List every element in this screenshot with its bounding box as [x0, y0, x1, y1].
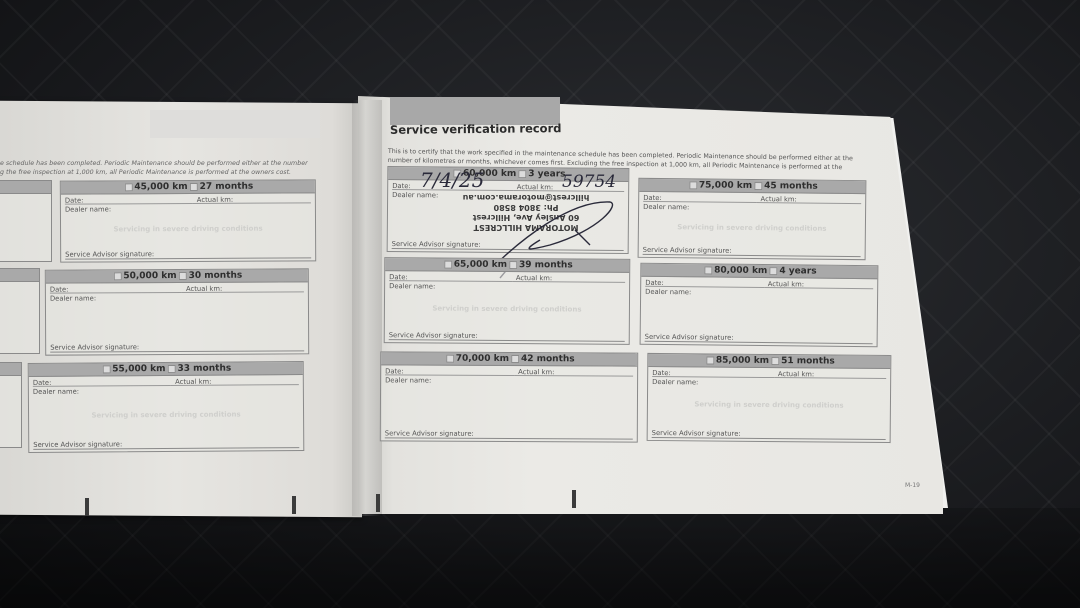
record-header: 45,000 km 27 months — [61, 180, 315, 194]
service-record-75000: 75,000 km 45 months Date: Actual km: Dea… — [638, 178, 867, 260]
section-tab-mark — [572, 490, 576, 508]
section-tab-mark — [292, 496, 296, 514]
service-record-45000: 45,000 km 27 months Date: Actual km: Dea… — [60, 179, 316, 262]
car-seat-fabric — [0, 508, 1080, 608]
severe-conditions-watermark — [381, 400, 637, 401]
handwritten-actual-km: 59754 — [562, 172, 616, 192]
left-partial-record-3 — [0, 362, 22, 448]
km-checkbox[interactable] — [689, 181, 697, 189]
severe-conditions-watermark: Servicing in severe driving conditions — [61, 224, 315, 233]
service-record-85000: 85,000 km 51 months Date: Actual km: Dea… — [647, 353, 892, 443]
left-partial-record-2 — [0, 268, 40, 354]
actual-km-field[interactable]: Actual km: — [182, 284, 304, 293]
severe-conditions-watermark — [641, 308, 877, 310]
dealer-name-field[interactable]: Dealer name: — [46, 292, 308, 302]
period-checkbox[interactable] — [518, 170, 526, 178]
signature-field[interactable]: Service Advisor signature: — [645, 333, 873, 344]
signature-field[interactable]: Service Advisor signature: — [385, 429, 633, 439]
signature-field[interactable]: Service Advisor signature: — [652, 429, 886, 440]
actual-km-field[interactable]: Actual km: — [774, 370, 886, 379]
actual-km-field[interactable]: Actual km: — [193, 195, 311, 204]
left-page-header-bar — [150, 110, 320, 138]
period-checkbox[interactable] — [509, 261, 517, 269]
km-checkbox[interactable] — [446, 355, 454, 363]
actual-km-field[interactable]: Actual km: — [512, 274, 625, 283]
service-record-65000: 65,000 km 39 months Date: Actual km: Dea… — [384, 257, 631, 345]
km-checkbox[interactable] — [706, 356, 714, 364]
service-record-50000: 50,000 km 30 months Date: Actual km: Dea… — [45, 268, 309, 355]
severe-conditions-watermark: Servicing in severe driving conditions — [639, 223, 865, 233]
handwritten-date: 7/4/25 — [420, 168, 484, 192]
period-checkbox[interactable] — [179, 272, 187, 280]
period-checkbox[interactable] — [167, 365, 175, 373]
severe-conditions-watermark: Servicing in severe driving conditions — [385, 304, 629, 314]
date-field[interactable]: Date: — [389, 273, 512, 282]
date-field[interactable]: Date: — [643, 194, 756, 203]
km-checkbox[interactable] — [102, 365, 110, 373]
signature-field[interactable]: Service Advisor signature: — [65, 249, 311, 259]
service-record-55000: 55,000 km 33 months Date: Actual km: Dea… — [28, 361, 305, 453]
km-checkbox[interactable] — [124, 183, 132, 191]
actual-km-field[interactable]: Actual km: — [757, 195, 862, 204]
period-checkbox[interactable] — [771, 357, 779, 365]
date-field[interactable]: Date: — [33, 378, 171, 387]
severe-conditions-watermark — [46, 317, 308, 318]
service-record-80000: 80,000 km 4 years Date: Actual km: Deale… — [640, 263, 879, 347]
signature-field[interactable]: Service Advisor signature: — [50, 342, 304, 352]
date-field[interactable]: Date: — [50, 285, 182, 294]
signature-field[interactable]: Service Advisor signature: — [389, 331, 625, 342]
dealer-name-field[interactable]: Dealer name: — [385, 281, 629, 292]
km-checkbox[interactable] — [113, 272, 121, 280]
dealer-name-field[interactable]: Dealer name: — [29, 385, 303, 396]
left-page-intro: e schedule has been completed. Periodic … — [0, 159, 320, 168]
section-tab-mark — [376, 494, 380, 512]
dealer-name-field[interactable]: Dealer name: — [61, 203, 315, 213]
period-checkbox[interactable] — [190, 183, 198, 191]
page-title: Service verification record — [390, 121, 562, 137]
period-checkbox[interactable] — [754, 182, 762, 190]
section-tab-mark — [85, 498, 89, 516]
service-record-70000: 70,000 km 42 months Date: Actual km: Dea… — [380, 351, 638, 442]
date-field[interactable]: Date: — [385, 367, 514, 376]
km-checkbox[interactable] — [704, 266, 712, 274]
record-header: 70,000 km 42 months — [381, 352, 637, 366]
severe-conditions-watermark: Servicing in severe driving conditions — [29, 410, 303, 420]
dealer-name-field[interactable]: Dealer name: — [381, 375, 637, 385]
signature-field[interactable]: Service Advisor signature: — [643, 246, 861, 257]
actual-km-field[interactable]: Actual km: — [514, 368, 633, 377]
book-spine — [352, 100, 382, 516]
period-checkbox[interactable] — [511, 355, 519, 363]
actual-km-field[interactable]: Actual km: — [171, 377, 299, 386]
left-page-intro-line2: g the free inspection at 1,000 km, all P… — [0, 168, 320, 177]
actual-km-field[interactable]: Actual km: — [764, 280, 874, 289]
severe-conditions-watermark: Servicing in severe driving conditions — [648, 400, 890, 410]
km-checkbox[interactable] — [444, 261, 452, 269]
page-number: M-19 — [905, 482, 920, 489]
date-field[interactable]: Date: — [65, 196, 193, 205]
signature-field[interactable]: Service Advisor signature: — [33, 439, 299, 450]
date-field[interactable]: Date: — [652, 369, 774, 378]
left-partial-record-1 — [0, 180, 52, 262]
date-field[interactable]: Date: — [645, 279, 764, 288]
period-checkbox[interactable] — [769, 267, 777, 275]
